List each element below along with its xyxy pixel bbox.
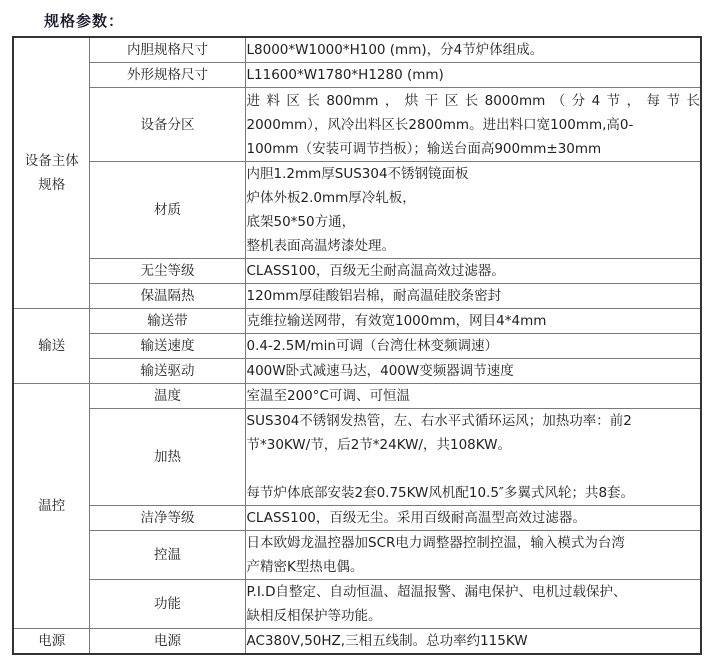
- table-row: 设备主体 规格 内胆规格尺寸 L8000*W1000*H100 (mm)，分4节…: [13, 37, 701, 63]
- item-label: 电源: [89, 629, 245, 655]
- table-row: 设备分区 进料区长800mm，烘干区长8000mm（分4节，每节长 2000mm…: [13, 88, 701, 162]
- table-row: 功能 P.I.D自整定、自动恒温、超温报警、漏电保护、电机过载保护、 缺相反相保…: [13, 580, 701, 629]
- item-value: 室温至200°C可调、可恒温: [245, 384, 701, 409]
- item-value: 日本欧姆龙温控器加SCR电力调整器控制控温，输入模式为台湾 产精密K型热电偶。: [245, 531, 701, 580]
- table-row: 输送 输送带 克维拉输送网带，有效宽1000mm，网目4*4mm: [13, 309, 701, 334]
- item-label: 输送速度: [89, 334, 245, 359]
- item-label: 温度: [89, 384, 245, 409]
- table-row: 材质 内胆1.2mm厚SUS304不锈钢镜面板 炉体外板2.0mm厚冷轧板， 底…: [13, 162, 701, 259]
- item-value: SUS304不锈钢发热管，左、右水平式循环运风；加热功率：前2 节*30KW/节…: [245, 409, 701, 506]
- item-label: 内胆规格尺寸: [89, 37, 245, 63]
- table-row: 控温 日本欧姆龙温控器加SCR电力调整器控制控温，输入模式为台湾 产精密K型热电…: [13, 531, 701, 580]
- item-value: 内胆1.2mm厚SUS304不锈钢镜面板 炉体外板2.0mm厚冷轧板， 底架50…: [245, 162, 701, 259]
- table-row: 加热 SUS304不锈钢发热管，左、右水平式循环运风；加热功率：前2 节*30K…: [13, 409, 701, 506]
- table-row: 外形规格尺寸 L11600*W1780*H1280 (mm): [13, 63, 701, 88]
- table-row: 保温隔热 120mm厚硅酸铝岩棉，耐高温硅胶条密封: [13, 284, 701, 309]
- item-value: 0.4-2.5M/min可调（台湾仕林变频调速）: [245, 334, 701, 359]
- item-value: 进料区长800mm，烘干区长8000mm（分4节，每节长 2000mm），风冷出…: [245, 88, 701, 162]
- item-label: 保温隔热: [89, 284, 245, 309]
- item-label: 材质: [89, 162, 245, 259]
- item-label: 洁净等级: [89, 506, 245, 531]
- blank-line: [247, 457, 701, 481]
- item-value: 克维拉输送网带，有效宽1000mm，网目4*4mm: [245, 309, 701, 334]
- item-value: CLASS100，百级无尘耐高温高效过滤器。: [245, 259, 701, 284]
- item-label: 控温: [89, 531, 245, 580]
- table-row: 温控 温度 室温至200°C可调、可恒温: [13, 384, 701, 409]
- item-label: 输送驱动: [89, 359, 245, 384]
- table-row: 洁净等级 CLASS100，百级无尘。采用百级耐高温型高效过滤器。: [13, 506, 701, 531]
- item-value: CLASS100，百级无尘。采用百级耐高温型高效过滤器。: [245, 506, 701, 531]
- item-value: L8000*W1000*H100 (mm)，分4节炉体组成。: [245, 37, 701, 63]
- item-value: AC380V,50HZ,三相五线制。总功率约115KW: [245, 629, 701, 655]
- group-label-power: 电源: [13, 629, 89, 655]
- group-label-temp-control: 温控: [13, 384, 89, 629]
- group-label-conveying: 输送: [13, 309, 89, 384]
- item-label: 外形规格尺寸: [89, 63, 245, 88]
- item-label: 无尘等级: [89, 259, 245, 284]
- item-value: L11600*W1780*H1280 (mm): [245, 63, 701, 88]
- table-row: 无尘等级 CLASS100，百级无尘耐高温高效过滤器。: [13, 259, 701, 284]
- item-label: 设备分区: [89, 88, 245, 162]
- table-row: 电源 电源 AC380V,50HZ,三相五线制。总功率约115KW: [13, 629, 701, 655]
- page-title: 规格参数：: [44, 11, 124, 31]
- item-label: 功能: [89, 580, 245, 629]
- item-value: 120mm厚硅酸铝岩棉，耐高温硅胶条密封: [245, 284, 701, 309]
- table-row: 输送驱动 400W卧式减速马达，400W变频器调节速度: [13, 359, 701, 384]
- item-label: 加热: [89, 409, 245, 506]
- spec-table: 设备主体 规格 内胆规格尺寸 L8000*W1000*H100 (mm)，分4节…: [12, 36, 702, 655]
- table-row: 输送速度 0.4-2.5M/min可调（台湾仕林变频调速）: [13, 334, 701, 359]
- item-value: P.I.D自整定、自动恒温、超温报警、漏电保护、电机过载保护、 缺相反相保护等功…: [245, 580, 701, 629]
- item-value: 400W卧式减速马达，400W变频器调节速度: [245, 359, 701, 384]
- group-label-main-spec: 设备主体 规格: [13, 37, 89, 309]
- item-label: 输送带: [89, 309, 245, 334]
